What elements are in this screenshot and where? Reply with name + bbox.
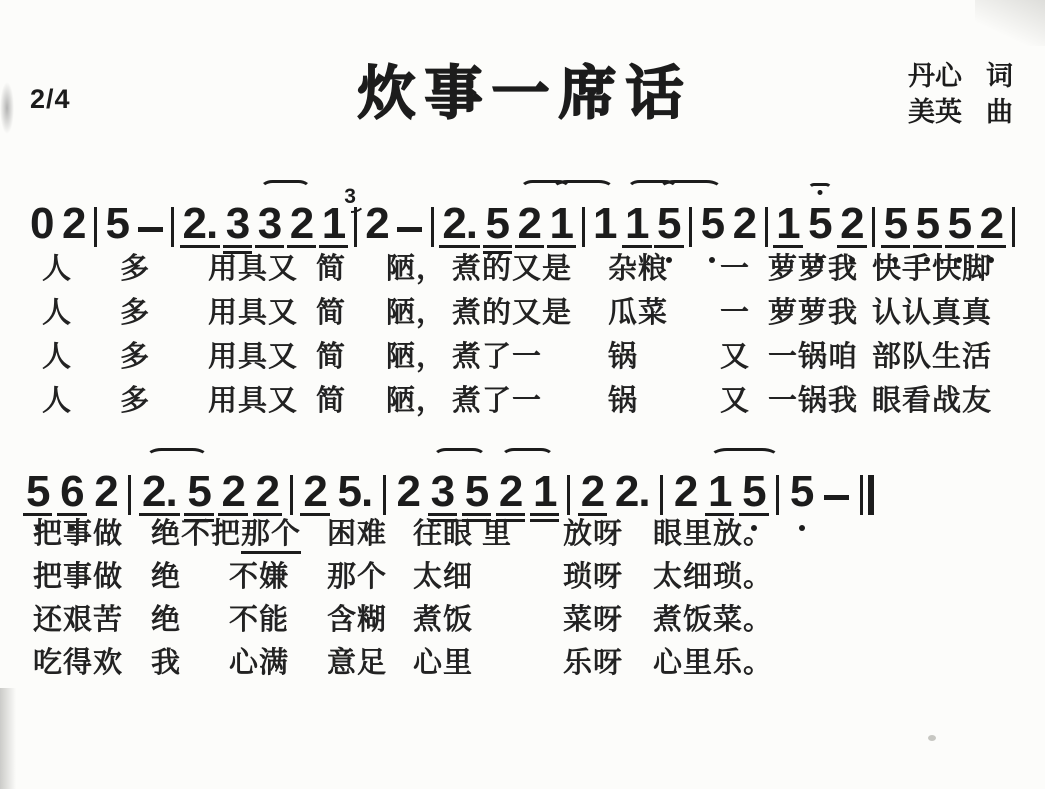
- lyric-cell: 一锅咱: [768, 334, 872, 375]
- note-number: 1: [625, 199, 648, 248]
- barline: [290, 475, 293, 515]
- note-number: 2: [221, 467, 244, 516]
- lyric-text: 我: [151, 647, 181, 679]
- lyric-cell: 含糊: [327, 597, 413, 638]
- lyric-cell: 多: [120, 378, 208, 419]
- note: 0: [30, 200, 53, 248]
- lyric-cell: 绝: [151, 554, 229, 595]
- note-number: 5: [884, 199, 907, 248]
- slur-tie-arc: [659, 180, 721, 198]
- note-number: 6: [60, 467, 83, 516]
- note: 5: [486, 200, 509, 248]
- lyric-text: 一锅我: [768, 385, 858, 417]
- lyric-text: 含糊: [327, 604, 387, 636]
- note-number: 2.: [183, 199, 218, 248]
- lyric-text: 陋，: [386, 297, 446, 329]
- lyric-cell: 菜呀: [563, 597, 653, 638]
- lyric-text: 快手快脚: [872, 253, 992, 285]
- lyric-text: 陋，: [386, 385, 446, 417]
- note: 2: [303, 468, 326, 516]
- note: 5: [742, 468, 765, 516]
- lyric-cell: 萝萝我: [768, 246, 872, 287]
- lyric-cell: 太细琐。: [653, 554, 933, 595]
- note-number: 1: [776, 199, 799, 248]
- note-number: 1: [708, 467, 731, 516]
- note: 1: [533, 468, 556, 516]
- note-number: 5: [790, 467, 813, 516]
- note-number: 3: [258, 199, 281, 248]
- note: 2: [62, 200, 85, 248]
- lyric-text: 陋，: [386, 341, 446, 373]
- lyric-text: 用具又: [208, 253, 298, 285]
- barline: [776, 475, 779, 515]
- note: 5.: [338, 468, 373, 516]
- note-number: 2: [499, 467, 522, 516]
- note-number: 5: [486, 199, 509, 248]
- lyric-text: 还艰苦: [33, 604, 123, 636]
- note: 2: [733, 200, 756, 248]
- lyric-text: 吃得欢: [33, 647, 123, 679]
- barline: [431, 207, 434, 247]
- lyric-cell: 绝不把那个: [151, 511, 327, 552]
- lyric-text: 杂粮: [608, 253, 668, 285]
- lyric-text: 菜呀: [563, 604, 623, 636]
- barline: [765, 207, 768, 247]
- note: 2: [221, 468, 244, 516]
- lyric-text: 多: [120, 297, 150, 329]
- note: 2: [840, 200, 863, 248]
- lyric-cell: 放呀: [563, 511, 653, 552]
- note-number: 2.: [615, 467, 650, 516]
- note-number: 2: [581, 467, 604, 516]
- scan-smudge: [0, 82, 14, 134]
- lyric-text: 绝不把: [151, 518, 241, 550]
- lyric-row: 把事做绝不把那个困难往眼 里放呀眼里放。: [33, 510, 933, 553]
- note: 2: [674, 468, 697, 516]
- lyric-cell: 眼里放。: [653, 511, 933, 552]
- lyric-cell: 人: [42, 290, 120, 331]
- note: 5: [701, 200, 724, 248]
- composer-credit: 美英 曲: [908, 94, 1013, 130]
- lyric-text: 乐呀: [563, 647, 623, 679]
- note-number: 2.: [442, 199, 477, 248]
- lyric-cell: 陋，: [386, 334, 452, 375]
- lyrics-block-2: 把事做绝不把那个困难往眼 里放呀眼里放。把事做绝不嫌那个太细琐呀太细琐。还艰苦绝…: [33, 510, 933, 682]
- note: 2: [499, 468, 522, 516]
- lyric-text: 又: [720, 385, 750, 417]
- lyric-text: 简: [316, 341, 346, 373]
- lyric-cell: 人: [42, 246, 120, 287]
- lyric-cell: 简: [316, 290, 386, 331]
- note: 2: [581, 468, 604, 516]
- lyric-cell: 又: [720, 378, 768, 419]
- lyric-cell: 萝萝我: [768, 290, 872, 331]
- duration-dash: [138, 227, 163, 232]
- lyric-row: 人多用具又简陋，煮的又是瓜菜一萝萝我认认真真: [42, 288, 1037, 332]
- note-number: 5: [742, 467, 765, 516]
- barline: [567, 475, 570, 515]
- slur-tie-arc: [146, 448, 208, 466]
- lyric-cell: 用具又: [208, 246, 316, 287]
- lyric-cell: 简: [316, 334, 386, 375]
- lyric-cell: 快手快脚: [872, 246, 1037, 287]
- note-number: 2: [733, 199, 756, 248]
- lyric-cell: 太细: [413, 554, 563, 595]
- lyric-row: 把事做绝不嫌那个太细琐呀太细琐。: [33, 553, 933, 596]
- lyric-text: 眼里放。: [653, 518, 773, 550]
- duration-dash: [397, 227, 422, 232]
- lyrics-block-1: 人多用具又简陋，煮的又是杂粮一萝萝我快手快脚人多用具又简陋，煮的又是瓜菜一萝萝我…: [42, 244, 1037, 420]
- scan-smudge: [975, 0, 1045, 46]
- lyric-text: 用具又: [208, 341, 298, 373]
- lyric-cell: 往眼 里: [413, 511, 563, 552]
- lyric-text: 煮的又是: [452, 253, 572, 285]
- lyric-text: 心里乐。: [653, 647, 773, 679]
- lyric-text: 萝萝我: [768, 253, 858, 285]
- composer-name: 美英: [908, 94, 962, 130]
- notation-line-2: 5622.52225.2352122.2155: [26, 434, 874, 516]
- lyric-cell: 把事做: [33, 511, 151, 552]
- note-number: 2: [290, 199, 313, 248]
- lyric-cell: 我: [151, 640, 229, 681]
- barline: [171, 207, 174, 247]
- lyric-cell: 杂粮: [608, 246, 720, 287]
- lyric-text: 煮了一: [452, 385, 542, 417]
- note: 5: [808, 200, 831, 248]
- note: 5: [790, 468, 813, 516]
- lyric-cell: 吃得欢: [33, 640, 151, 681]
- note-number: 2.: [142, 467, 177, 516]
- lyric-text: 人: [42, 385, 72, 417]
- lyric-text: 绝: [151, 561, 181, 593]
- note: 5: [26, 468, 49, 516]
- lyric-text: 简: [316, 385, 346, 417]
- note: 2: [290, 200, 313, 248]
- note-number: 3: [431, 467, 454, 516]
- lyric-cell: 还艰苦: [33, 597, 151, 638]
- note-number: 5.: [338, 467, 373, 516]
- lyric-cell: 简: [316, 378, 386, 419]
- slur-tie-arc: [260, 180, 310, 198]
- lyric-cell: 陋，: [386, 290, 452, 331]
- note: 3: [226, 200, 249, 248]
- composer-role: 曲: [986, 94, 1013, 130]
- lyric-text: 太细: [413, 561, 473, 593]
- note: 3: [258, 200, 281, 248]
- sheet-music-page: 2/4 炊事一席话 丹心 词 美英 曲 0252.3321232.5211155…: [0, 0, 1045, 789]
- lyric-text: 意足: [327, 647, 387, 679]
- lyric-cell: 锅: [608, 334, 720, 375]
- lyric-cell: 瓜菜: [608, 290, 720, 331]
- lyric-cell: 一: [720, 246, 768, 287]
- barline: [94, 207, 97, 247]
- note: 2: [256, 468, 279, 516]
- lyric-text: 一: [720, 253, 750, 285]
- lyric-text: 不能: [229, 604, 289, 636]
- lyric-text: 简: [316, 253, 346, 285]
- lyric-text: 困难: [327, 518, 387, 550]
- barline: [582, 207, 585, 247]
- note-number: 2: [256, 467, 279, 516]
- lyric-cell: 多: [120, 246, 208, 287]
- lyric-text: 认认真真: [872, 297, 992, 329]
- note-number: 5: [187, 467, 210, 516]
- slur-tie-arc: [501, 448, 553, 466]
- note-number: 2: [518, 199, 541, 248]
- lyric-cell: 绝: [151, 597, 229, 638]
- note: 2: [396, 468, 419, 516]
- lyric-cell: 意足: [327, 640, 413, 681]
- lyric-text: 眼看战友: [872, 385, 992, 417]
- note: 2.: [183, 200, 218, 248]
- note-number: 5: [657, 199, 680, 248]
- note-number: 5: [106, 199, 129, 248]
- lyric-text: 部队生活: [872, 341, 992, 373]
- lyric-text: 陋，: [386, 253, 446, 285]
- page-title: 炊事一席话: [255, 46, 795, 130]
- lyric-cell: 心里乐。: [653, 640, 933, 681]
- lyric-cell: 困难: [327, 511, 413, 552]
- lyric-cell: 乐呀: [563, 640, 653, 681]
- barline: [1012, 207, 1015, 247]
- scan-smudge: [0, 688, 16, 789]
- lyric-cell: 心里: [413, 640, 563, 681]
- fermata-icon: [808, 183, 832, 195]
- note: 1: [625, 200, 648, 248]
- lyric-text: 煮饭菜。: [653, 604, 773, 636]
- lyric-text: 琐呀: [563, 561, 623, 593]
- note: 1: [708, 468, 731, 516]
- lyric-text: 那个: [327, 561, 387, 593]
- note-number: 2: [94, 467, 117, 516]
- lyric-cell: 锅: [608, 378, 720, 419]
- note: 1: [776, 200, 799, 248]
- lyric-text: 人: [42, 297, 72, 329]
- barline: [872, 207, 875, 247]
- notation-line-1: 0252.3321232.521115521525552: [30, 166, 1015, 248]
- lyric-text: 锅: [608, 341, 638, 373]
- underlined-lyric: 那个: [241, 518, 301, 554]
- note: 1: [593, 200, 616, 248]
- lyric-cell: 一: [720, 290, 768, 331]
- note-number: 2: [840, 199, 863, 248]
- note: 2.: [142, 468, 177, 516]
- slur-tie-arc: [552, 180, 613, 198]
- lyric-cell: 不能: [229, 597, 327, 638]
- lyric-row: 人多用具又简陋，煮了一锅又一锅我眼看战友: [42, 376, 1037, 420]
- lyric-text: 煮饭: [413, 604, 473, 636]
- note: 5: [106, 200, 129, 248]
- note: 5: [948, 200, 971, 248]
- lyric-cell: 煮的又是: [452, 246, 608, 287]
- lyric-cell: 用具又: [208, 290, 316, 331]
- lyric-cell: 心满: [229, 640, 327, 681]
- lyric-cell: 又: [720, 334, 768, 375]
- grace-note: 3: [344, 186, 355, 207]
- lyric-text: 不嫌: [229, 561, 289, 593]
- note: 2: [94, 468, 117, 516]
- note-number: 5: [808, 199, 831, 248]
- note: 23: [365, 200, 388, 248]
- note-number: 5: [465, 467, 488, 516]
- barline: [383, 475, 386, 515]
- note-number: 1: [322, 199, 345, 248]
- lyricist-name: 丹心: [908, 58, 962, 94]
- lyric-row: 人多用具又简陋，煮的又是杂粮一萝萝我快手快脚: [42, 244, 1037, 288]
- final-barline: [860, 475, 874, 515]
- lyric-cell: 多: [120, 290, 208, 331]
- scan-speck: [928, 735, 936, 741]
- note: 2: [518, 200, 541, 248]
- note: 2.: [442, 200, 477, 248]
- slur-tie-arc: [433, 448, 485, 466]
- lyric-text: 把事做: [33, 561, 123, 593]
- lyric-text: 一锅咱: [768, 341, 858, 373]
- note: 1: [322, 200, 345, 248]
- lyric-cell: 眼看战友: [872, 378, 1037, 419]
- note-number: 5: [26, 467, 49, 516]
- lyric-text: 放呀: [563, 518, 623, 550]
- lyric-cell: 人: [42, 378, 120, 419]
- barline: [128, 475, 131, 515]
- lyric-text: 人: [42, 341, 72, 373]
- lyric-cell: 人: [42, 334, 120, 375]
- lyricist-credit: 丹心 词: [908, 58, 1013, 94]
- lyric-text: 把事做: [33, 518, 123, 550]
- credits-block: 丹心 词 美英 曲: [908, 58, 1013, 130]
- lyric-cell: 一锅我: [768, 378, 872, 419]
- note-number: 3: [226, 199, 249, 248]
- note-number: 1: [550, 199, 573, 248]
- barline: [354, 207, 357, 247]
- note-number: 2: [396, 467, 419, 516]
- lyric-text: 一: [720, 297, 750, 329]
- lyric-cell: 煮饭菜。: [653, 597, 933, 638]
- lyric-cell: 不嫌: [229, 554, 327, 595]
- lyric-text: 煮了一: [452, 341, 542, 373]
- lyricist-role: 词: [986, 58, 1013, 94]
- note-number: 5: [701, 199, 724, 248]
- lyric-text: 心里: [413, 647, 473, 679]
- lyric-text: 简: [316, 297, 346, 329]
- note-number: 2: [980, 199, 1003, 248]
- note: 2.: [615, 468, 650, 516]
- lyric-cell: 煮的又是: [452, 290, 608, 331]
- lyric-cell: 部队生活: [872, 334, 1037, 375]
- note-number: 5: [948, 199, 971, 248]
- note-number: 5: [916, 199, 939, 248]
- lyric-cell: 用具又: [208, 334, 316, 375]
- time-signature: 2/4: [30, 84, 71, 115]
- note-number: 2: [674, 467, 697, 516]
- lyric-cell: 煮饭: [413, 597, 563, 638]
- lyric-text: 萝萝我: [768, 297, 858, 329]
- barline: [689, 207, 692, 247]
- lyric-row: 人多用具又简陋，煮了一锅又一锅咱部队生活: [42, 332, 1037, 376]
- lyric-cell: 简: [316, 246, 386, 287]
- note-number: 2: [365, 199, 388, 248]
- lyric-text: 心满: [229, 647, 289, 679]
- lyric-cell: 陋，: [386, 246, 452, 287]
- lyric-cell: 用具又: [208, 378, 316, 419]
- lyric-text: 往眼 里: [413, 518, 512, 550]
- note-number: 1: [533, 467, 556, 516]
- lyric-text: 太细琐。: [653, 561, 773, 593]
- lyric-cell: 陋，: [386, 378, 452, 419]
- lyric-cell: 那个: [327, 554, 413, 595]
- lyric-text: 绝: [151, 604, 181, 636]
- lyric-text: 用具又: [208, 385, 298, 417]
- lyric-text: 多: [120, 341, 150, 373]
- lyric-text: 用具又: [208, 297, 298, 329]
- lyric-text: 锅: [608, 385, 638, 417]
- lyric-cell: 把事做: [33, 554, 151, 595]
- lyric-cell: 煮了一: [452, 378, 608, 419]
- lyric-text: 瓜菜: [608, 297, 668, 329]
- note-number: 2: [303, 467, 326, 516]
- lyric-text: 煮的又是: [452, 297, 572, 329]
- note: 5: [884, 200, 907, 248]
- note: 1: [550, 200, 573, 248]
- note: 5: [187, 468, 210, 516]
- lyric-cell: 认认真真: [872, 290, 1037, 331]
- note: 5: [657, 200, 680, 248]
- lyric-row: 吃得欢我心满意足心里乐呀心里乐。: [33, 639, 933, 682]
- note-number: 2: [62, 199, 85, 248]
- note: 5: [916, 200, 939, 248]
- lyric-cell: 多: [120, 334, 208, 375]
- note-number: 0: [30, 199, 53, 248]
- note: 5: [465, 468, 488, 516]
- lyric-cell: 琐呀: [563, 554, 653, 595]
- slur-tie-arc: [710, 448, 778, 466]
- note: 6: [60, 468, 83, 516]
- duration-dash: [824, 495, 849, 500]
- barline: [660, 475, 663, 515]
- lyric-text: 多: [120, 385, 150, 417]
- lyric-cell: 煮了一: [452, 334, 608, 375]
- note: 3: [431, 468, 454, 516]
- lyric-text: 多: [120, 253, 150, 285]
- lyric-text: 又: [720, 341, 750, 373]
- lyric-text: 人: [42, 253, 72, 285]
- lyric-row: 还艰苦绝不能含糊煮饭菜呀煮饭菜。: [33, 596, 933, 639]
- note: 2: [980, 200, 1003, 248]
- note-number: 1: [593, 199, 616, 248]
